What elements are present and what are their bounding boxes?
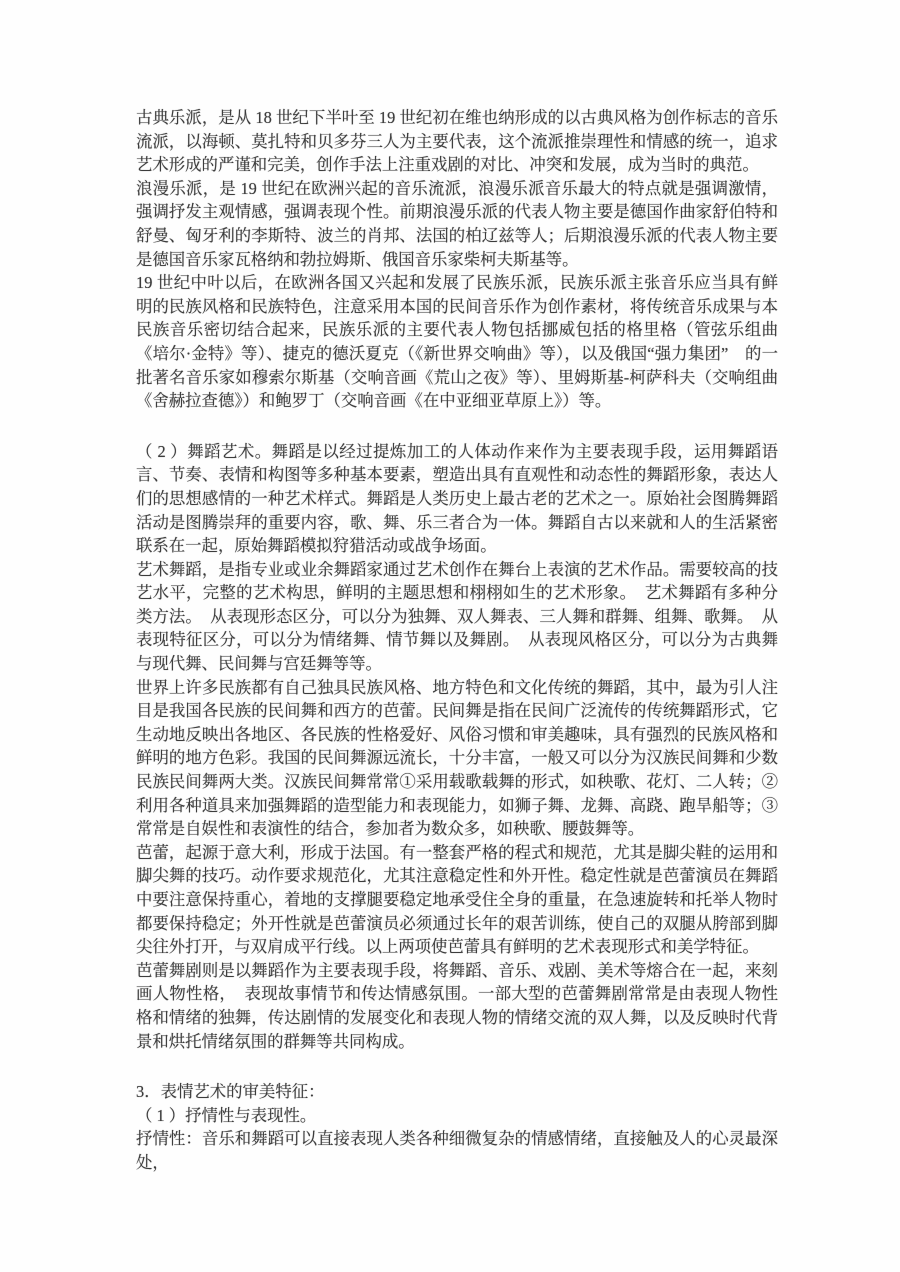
paragraph-2: 浪漫乐派，是 19 世纪在欧洲兴起的音乐流派，浪漫乐派音乐最大的特点就是强调激情… — [136, 177, 778, 271]
paragraph-7: 芭蕾，起源于意大利，形成于法国。有一整套严格的程式和规范，尤其是脚尖鞋的运用和脚… — [136, 841, 778, 959]
paragraph-8: 芭蕾舞剧则是以舞蹈作为主要表现手段，将舞蹈、音乐、戏剧、美术等熔合在一起，来刻画… — [136, 959, 778, 1053]
paragraph-container: 古典乐派，是从 18 世纪下半叶至 19 世纪初在维也纳形成的以古典风格为创作标… — [136, 106, 778, 1175]
paragraph-3: 19 世纪中叶以后，在欧洲各国又兴起和发展了民族乐派，民族乐派主张音乐应当具有鲜… — [136, 271, 778, 413]
paragraph-9: 3．表情艺术的审美特征： — [136, 1080, 778, 1104]
document-page: 古典乐派，是从 18 世纪下半叶至 19 世纪初在维也纳形成的以古典风格为创作标… — [0, 0, 900, 1272]
paragraph-4: （ 2 ）舞蹈艺术。舞蹈是以经过提炼加工的人体动作来作为主要表现手段，运用舞蹈语… — [136, 440, 778, 558]
paragraph-6: 世界上许多民族都有自己独具民族风格、地方特色和文化传统的舞蹈，其中，最为引人注目… — [136, 676, 778, 841]
paragraph-1: 古典乐派，是从 18 世纪下半叶至 19 世纪初在维也纳形成的以古典风格为创作标… — [136, 106, 778, 177]
paragraph-5: 艺术舞蹈，是指专业或业余舞蹈家通过艺术创作在舞台上表演的艺术作品。需要较高的技艺… — [136, 558, 778, 676]
paragraph-10: （ 1 ）抒情性与表现性。 — [136, 1104, 778, 1128]
paragraph-11: 抒情性：音乐和舞蹈可以直接表现人类各种细微复杂的情感情绪，直接触及人的心灵最深处… — [136, 1127, 778, 1174]
